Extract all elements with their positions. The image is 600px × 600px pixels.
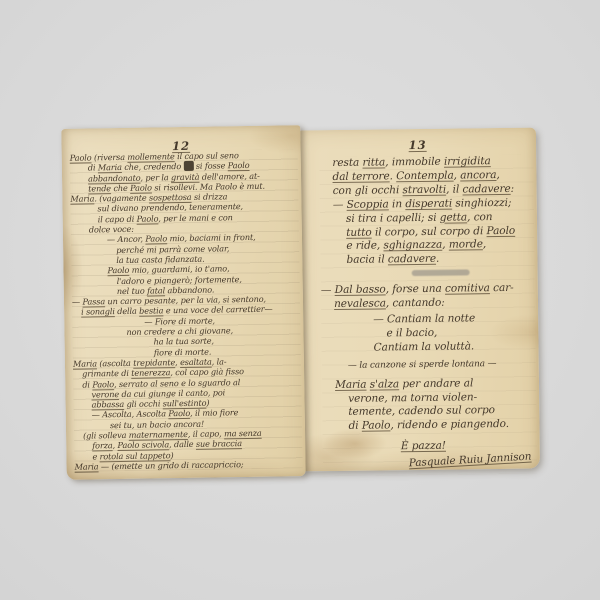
handwritten-text-left: Paolo (riversa mollemente il capo sul se… xyxy=(70,149,303,472)
ink-smudge xyxy=(412,270,470,277)
photo-backdrop: 13 resta ritta, immobile irrigiditadal t… xyxy=(0,0,600,600)
manuscript-line: Cantiam la voluttà. xyxy=(322,339,536,356)
manuscript-line: — Scoppia in disperati singhiozzi; xyxy=(320,196,534,213)
scribbled-out-word xyxy=(321,266,535,283)
manuscript-page-left: 12 Paolo (riversa mollemente il capo sul… xyxy=(61,125,305,480)
manuscript-line: — la canzone si sperde lontana — xyxy=(322,357,536,374)
manuscript-line: — Dal basso, forse una comitiva car- xyxy=(321,282,535,299)
page-number-right: 13 xyxy=(299,137,536,154)
manuscript-page-right: 13 resta ritta, immobile irrigiditadal t… xyxy=(299,128,540,472)
manuscript-line: nevalesca, cantando: xyxy=(321,296,535,313)
manuscript-line: di Paolo, ridendo e piangendo. xyxy=(322,418,536,435)
handwritten-text-right: resta ritta, immobile irrigiditadal terr… xyxy=(319,155,537,477)
